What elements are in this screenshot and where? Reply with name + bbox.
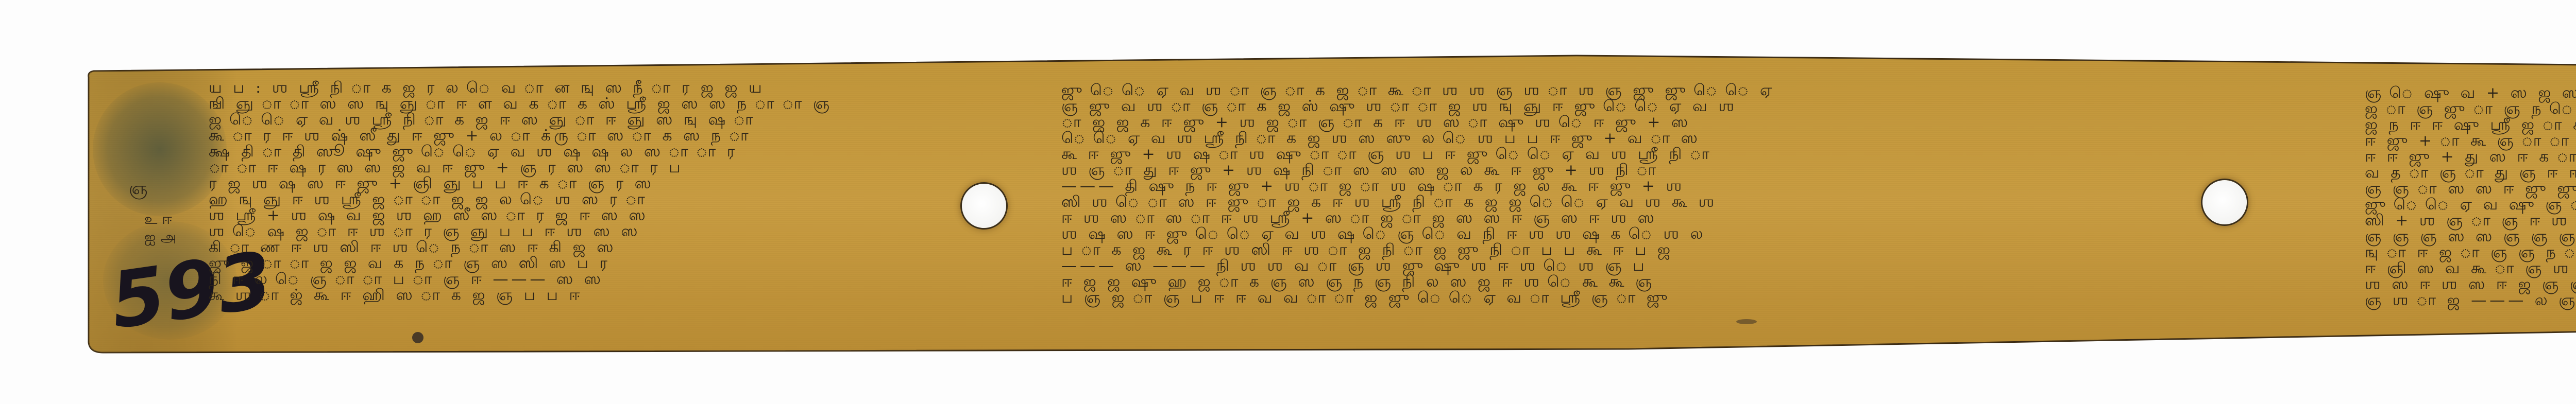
ink-spot xyxy=(412,332,423,343)
text-line: ஈ ஈ ஜு + து ஸ ஈ க ா ஶ ஞ கூ ஜு ஜு ஈ ஜு + … xyxy=(2365,149,2576,165)
text-line: ஶ ெ ஷ ஜ ா ஈ ஶ ா ர ஞ ஞு ப ப ஈ ஶ ஸ ஸ xyxy=(209,223,981,239)
text-line: ஙு ா ஈ ஜ ா ஞ ஞ ந ா ல நி ஞ ஞ கூ ஸ்ரீ xyxy=(2365,244,2576,260)
palm-leaf: ஞ உ ஈ ஐ அ 593 593 ய ப : ஶ ஸ்ரீ நி ா க ஜ … xyxy=(82,51,2576,355)
text-line: ர ஜ ஶ ஷ ஸ ஈ ஜு + ஞி ஞு ப ப ஈ க ா ஞ ர ஸ xyxy=(209,175,981,191)
text-line: ஈ ஞி ஸ வ கூ ா ஞ ஶ ஜ ஞ ஶ ஞ ஞ ந ஞ xyxy=(2365,260,2576,276)
binding-hole-left xyxy=(962,184,1006,228)
ink-spot xyxy=(1736,319,1757,324)
text-line: க்ஷ தி ா தி ஸூ ஷு ஜு ெ ெ ஏ வ ஶ ஷ ஷ ல ஸ ா… xyxy=(209,144,981,160)
dark-stain-top xyxy=(93,82,227,216)
text-block-middle: ஜு ெ ெ ஏ வ ஶ ா ஞ ா க ஜ ா கூ ா ஶ ஶ ஞ ஶ ா … xyxy=(1061,82,2123,324)
text-line: ஜ ா ஞ ஜு ா ஞ ந ெ ஜு ஸ ந ா நி ஜு நி ஈ ஈ xyxy=(2365,101,2576,117)
text-line: ——— ஸ ——— நி ஶ ஶ வ ா ஞ ஶ ஜு ஷு ஶ ஈ ஶ ெ ஶ… xyxy=(1061,258,2123,274)
text-line: ஜ ெ ெ ஏ வ ஶ ஸ்ரீ நி ா க ஜ ஈ ஸ ஞு ா ஈ ஞு … xyxy=(209,112,981,128)
text-line: ஞ ஜு வ ஶ ா ஞ ா க ஜ ஸ் ஷு ஶ ா ா ஜ ஶ ஙு ஞு… xyxy=(1061,98,2123,114)
text-line: ஜு ெ ெ ஏ வ ஷு ஞ ா கூ ஶ ஞ ஞ ஈ ஞ ஞ ஸு xyxy=(2365,197,2576,213)
text-line: ஈ ஜ ஜ ஷு ஹ ஜ ா க ஞ ஸ ஞ ந ஞ நி ல ஸ ஜ ஈ ஶ … xyxy=(1061,274,2123,290)
text-line: கூ ஈ ஜு + ஶ ஷ ா ஶ ஷு ா ா ஞ ஶ ப ஈ ஜு ெ ெ … xyxy=(1061,146,2123,162)
text-line: ப ா க ஜ கூ ர ஈ ஶ ஸி ஈ ஶ ா ஜ நி ா ஜ ஜு நி… xyxy=(1061,242,2123,258)
text-line: ஸி + ஶ ஞ ா ஞ ஈ ஶ ஞ ஶ ஞ ஸ ஈ ஈ ஶ + xyxy=(2365,213,2576,229)
text-line: கூ ஶ ா ஜ் கூ ஈ ஹி ஸ ா க ஜ ஞ ப ப ஈ xyxy=(209,287,981,303)
text-line: நி ஈ ல ெ ஞ ா ா ப ா ஞ ஈ ——— ஸ ஸ xyxy=(209,271,981,287)
text-line: ஸி ஶ ெ ா ஸ ஈ ஜு ா ஜ க ஈ ஶ ஸ்ரீ நி ா க ஜ … xyxy=(1061,194,2123,210)
text-line: ஞ ஞ ஞ ஸ ஸ ஞ ஞ ஞ ஜ ஜ ஸ ஈ ஸ ந ஸ xyxy=(2365,229,2576,244)
text-block-left: ய ப : ஶ ஸ்ரீ நி ா க ஜ ர ல ெ வ ா ன ஙு ஸ ந… xyxy=(209,80,981,322)
text-line: ஹ ஙு ஞு ஈ ஶ ஸ்ரீ ஜ ா ா ஜ ஜ ல ெ ஶ ஸ ர ா xyxy=(209,191,981,207)
margin-note-3: ஐ அ xyxy=(144,226,177,248)
text-block-right: ஞ ெ ஷு வ + ஸ ஜ ஸ ா ஜ ஜ ந ஜ ா ஞ ஜு ா ஞ ந … xyxy=(2365,85,2576,322)
text-line: ஞ ஞ ா ஸ ஸ ஈ ஜு ஜு ஸ ஶ ஸ்ரீ ந ா ஞ ஜ xyxy=(2365,181,2576,197)
text-line: ா ா ஈ ஷ ர ஸ ஸ ஜ வ ஈ ஜு + ஞ ர ஸ ஸ ா ர ப xyxy=(209,160,981,175)
text-line: வ த ா ஞ ா து ஞ ஈ ஈ ஜு + ஷு ஜு கூ ா ஶ ா ஜ xyxy=(2365,165,2576,181)
text-line: ப ஞ ஜ ா ஞ ப ஈ ஈ வ வ ா ா ஜ ஜு ெ ெ ஏ வ ா ஸ… xyxy=(1061,290,2123,306)
text-line: ஈ ஜு + ா கூ ஞ ா ா நி ா நி ஷு ஷு ஈ ஜு + ா… xyxy=(2365,133,2576,149)
text-line: ஈ ஶ ஸ ா ஸ ா ஈ ஶ ஸ்ரீ + ஸ ா ஜ ா ஜ ஸ ஸ ஈ ஞ… xyxy=(1061,210,2123,226)
text-line: ஙி ஞு ா ா ஸ ஸ ஙு ஞு ா ஈ ள வ க ா க ஸ் ஸ்ர… xyxy=(209,96,981,112)
text-line: ——— தி ஷு ந ஈ ஜு + ஶ ா ஜ ா ஶ ஷ ா க ர ஜ ல… xyxy=(1061,178,2123,194)
binding-hole-right xyxy=(2202,180,2247,224)
text-line: ஞ ெ ஷு வ + ஸ ஜ ஸ ா ஜ ஜ ந xyxy=(2365,85,2576,101)
text-line: ஶ ஞ ா து ஈ ஜு + ஶ ஷ நி ா ஸ ஸ ஸ ஜ ல கூ ஈ … xyxy=(1061,162,2123,178)
text-line: ா ஜ ஜ க ஈ ஜு + ஶ ஜ ா ஞ ா க ஈ ஶ ஸ ா ஷு ஶ … xyxy=(1061,114,2123,130)
text-line: ஜ ந ஈ ஈ ஷு ஸ்ரீ ஜ ா க ஜு ஜு ெ ெ ஏ வ ா ஈ … xyxy=(2365,117,2576,133)
text-line: ய ப : ஶ ஸ்ரீ நி ா க ஜ ர ல ெ வ ா ன ஙு ஸ ந… xyxy=(209,80,981,96)
text-line: கி ா ண ஈ ஶ ஸி ஈ ஶ ெ ந ா ஸ ஈ கி ஜ ஸ xyxy=(209,239,981,255)
margin-note-1: ஞ xyxy=(129,178,148,199)
text-line: ெ ெ ஏ வ ஶ ஸ்ரீ நி ா க ஜ ஶ ஸ ஸு ல ெ ஶ ப ப… xyxy=(1061,130,2123,146)
text-line: ஞ ஶ ா ஜ ——— ல ஞ ஸி ஜு ஈ ஈ ஈ xyxy=(2365,292,2576,308)
text-line: ஶ ஸ்ரீ + ஶ ஷ வ ஜ ஶ ஹ ஸீ ஸ ா ர ஜ ஈ ஸ ஸ xyxy=(209,207,981,223)
text-line: கூ ா ர ஈ ஶ ஷ் ஸீ து ஈ ஜு + ல ா க்ரு ா ஸ … xyxy=(209,128,981,144)
text-line: ஜு ெ ெ ஏ வ ஶ ா ஞ ா க ஜ ா கூ ா ஶ ஶ ஞ ஶ ா … xyxy=(1061,82,2123,98)
text-line: ஶ ஷ ஸ ஈ ஜு ெ ெ ஏ வ ஶ ஷ ெ ஞ ெ வ நி ஈ ஶ ஶ … xyxy=(1061,226,2123,242)
text-line: ஶ ஸ ஈ ஶ ஸ ஈ ஜ ஞ ஞ ா ஷு ஶ ஈ ஸ ஸ்ரீ xyxy=(2365,276,2576,292)
text-line: ஜு ஜ ா ா ஜ ஜ வ க ந ா ஞ ஸ ஸி ஸ ப ர xyxy=(209,255,981,271)
